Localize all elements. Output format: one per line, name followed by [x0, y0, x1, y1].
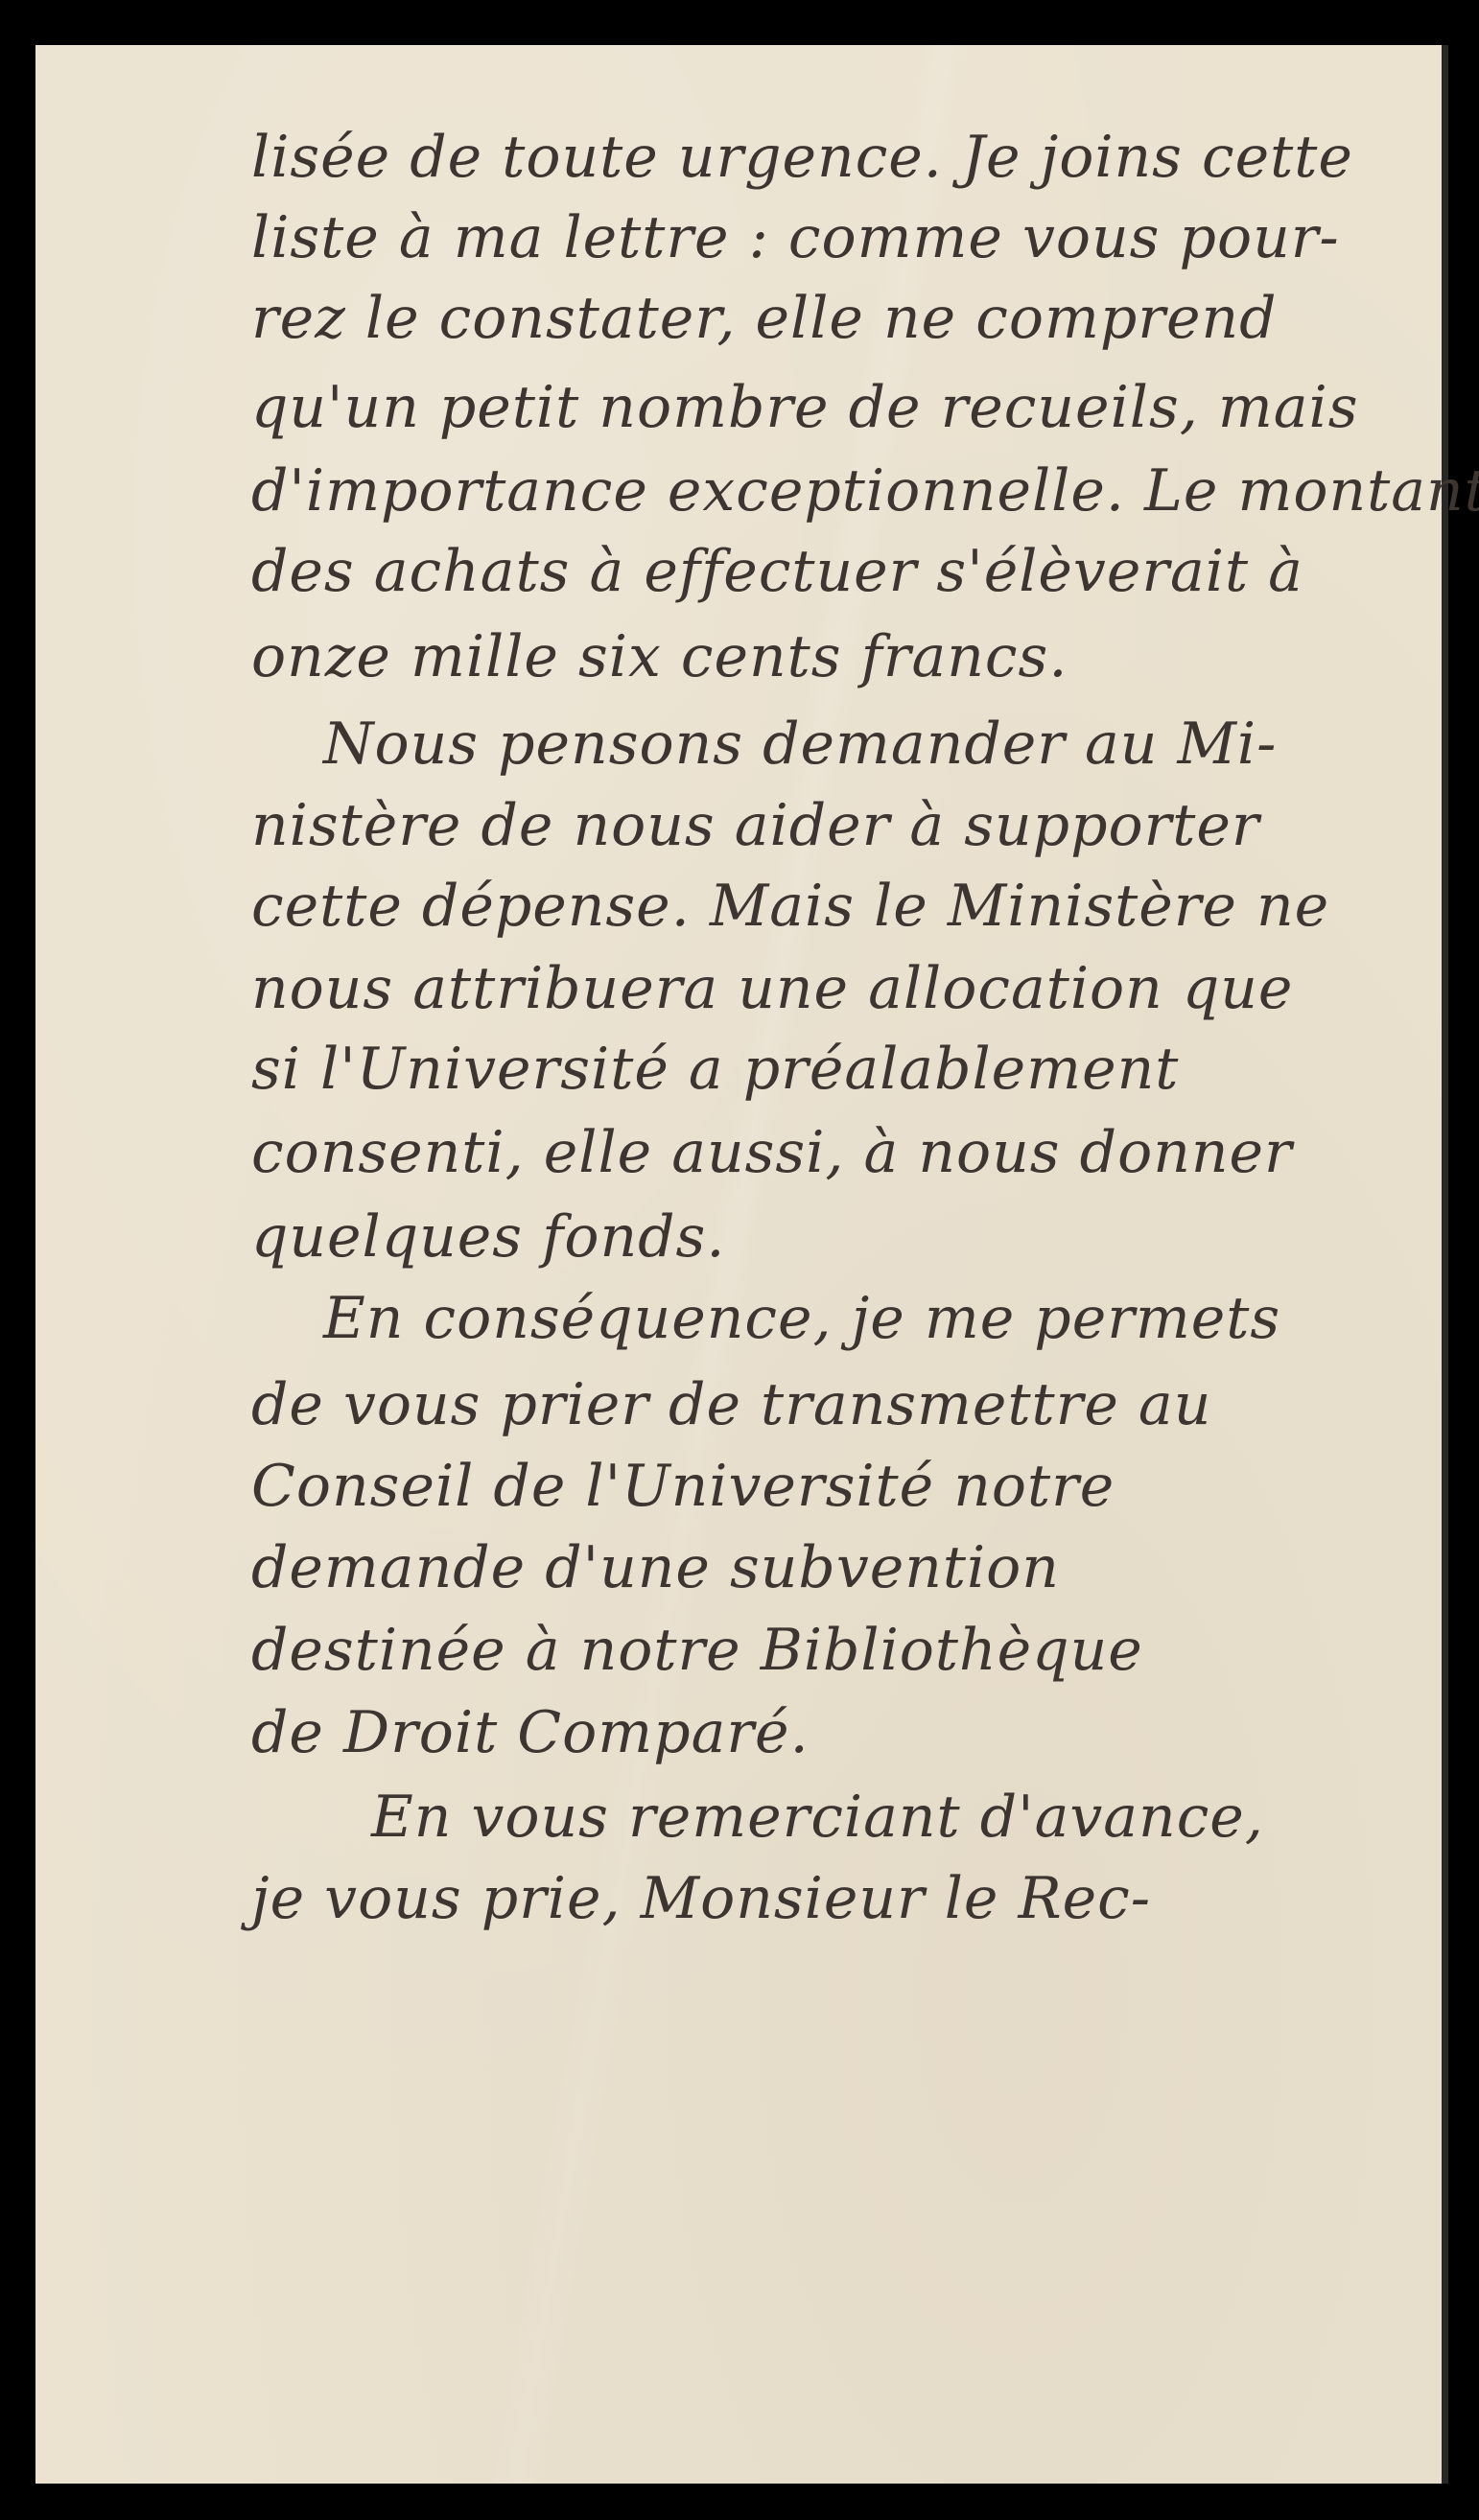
text-line-2: liste à ma lettre : comme vous pour-	[251, 204, 1340, 271]
text-line-10: cette dépense. Mais le Ministère ne	[251, 873, 1329, 940]
text-line-3: rez le constater, elle ne comprend	[251, 285, 1278, 352]
text-line-12: si l'Université a préalablement	[251, 1036, 1179, 1103]
text-line-8: Nous pensons demander au Mi-	[323, 711, 1277, 778]
text-line-9: nistère de nous aider à supporter	[251, 792, 1260, 859]
text-line-14: quelques fonds.	[251, 1203, 725, 1271]
handwritten-text-block: lisée de toute urgence. Je joins cette l…	[35, 45, 1442, 2484]
text-line-17: Conseil de l'Université notre	[251, 1453, 1115, 1520]
text-line-15: En conséquence, je me permets	[323, 1285, 1280, 1352]
text-line-13: consenti, elle aussi, à nous donner	[251, 1119, 1293, 1186]
text-line-21: En vous remerciant d'avance,	[371, 1784, 1264, 1851]
text-line-19: destinée à notre Bibliothèque	[251, 1617, 1143, 1684]
text-line-18: demande d'une subvention	[251, 1534, 1060, 1601]
text-line-22: je vous prie, Monsieur le Rec-	[251, 1865, 1151, 1932]
letter-page: lisée de toute urgence. Je joins cette l…	[35, 45, 1448, 2484]
text-line-16: de vous prier de transmettre au	[251, 1371, 1211, 1438]
text-line-20: de Droit Comparé.	[251, 1699, 810, 1766]
text-line-4: qu'un petit nombre de recueils, mais	[251, 374, 1359, 441]
text-line-7: onze mille six cents francs.	[251, 623, 1068, 690]
text-line-11: nous attribuera une allocation que	[251, 955, 1293, 1022]
text-line-5: d'importance exceptionnelle. Le montant	[251, 457, 1479, 525]
text-line-6: des achats à effectuer s'élèverait à	[251, 538, 1303, 605]
text-line-1: lisée de toute urgence. Je joins cette	[251, 124, 1353, 191]
